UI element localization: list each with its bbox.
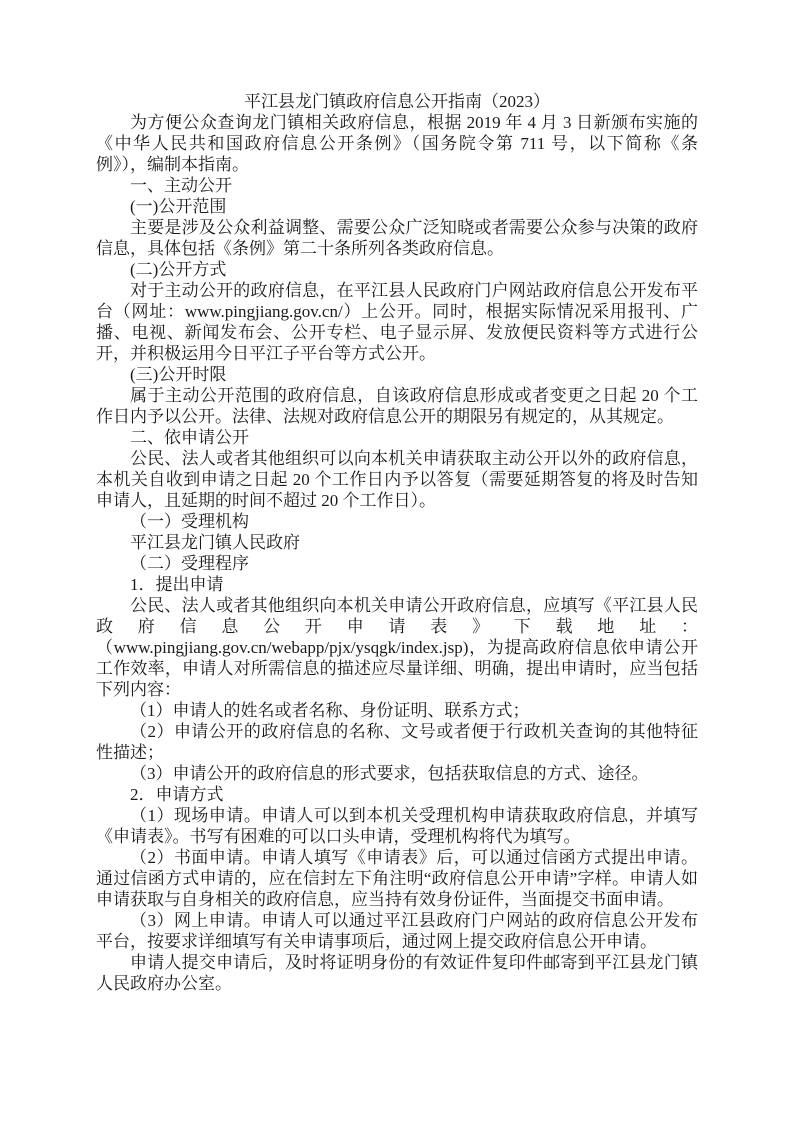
paragraph-submit-application-body: 公民、法人或者其他组织向本机关申请公开政府信息，应填写《平江县人民政府信息公开申… (96, 595, 698, 700)
paragraph-item-2: （2）申请公开的政府信息的名称、文号或者便于行政机关查询的其他特征性描述； (96, 721, 698, 763)
section-heading-on-request: 二、依申请公开 (96, 427, 698, 448)
document-title: 平江县龙门镇政府信息公开指南（2023） (96, 91, 698, 112)
section-heading-procedure: （二）受理程序 (96, 553, 698, 574)
paragraph-time-limit-body: 属于主动公开范围的政府信息，自该政府信息形成或者变更之日起 20 个工作日内予以… (96, 385, 698, 427)
paragraph-mail-id-copy: 申请人提交申请后，及时将证明身份的有效证件复印件邮寄到平江县龙门镇人民政府办公室… (96, 952, 698, 994)
paragraph-accepting-org-name: 平江县龙门镇人民政府 (96, 532, 698, 553)
section-heading-active-disclosure: 一、主动公开 (96, 175, 698, 196)
paragraph-item-1: （1）申请人的姓名或者名称、身份证明、联系方式； (96, 700, 698, 721)
paragraph-intro: 为方便公众查询龙门镇相关政府信息，根据 2019 年 4 月 3 日新颁布实施的… (96, 112, 698, 175)
paragraph-onsite-application: （1）现场申请。申请人可以到本机关受理机构申请获取政府信息，并填写《申请表》。书… (96, 805, 698, 847)
section-heading-accepting-org: （一）受理机构 (96, 511, 698, 532)
paragraph-online-application: （3）网上申请。申请人可以通过平江县政府门户网站的政府信息公开发布平台，按要求详… (96, 910, 698, 952)
section-heading-time-limit: (三)公开时限 (96, 364, 698, 385)
paragraph-item-3: （3）申请公开的政府信息的形式要求，包括获取信息的方式、途径。 (96, 763, 698, 784)
paragraph-method-body: 对于主动公开的政府信息，在平江县人民政府门户网站政府信息公开发布平台（网址：ww… (96, 280, 698, 364)
document-page: 平江县龙门镇政府信息公开指南（2023） 为方便公众查询龙门镇相关政府信息，根据… (0, 0, 793, 1122)
section-heading-application-methods: 2．申请方式 (96, 784, 698, 805)
paragraph-written-application: （2）书面申请。申请人填写《申请表》后，可以通过信函方式提出申请。通过信函方式申… (96, 847, 698, 910)
section-heading-scope: (一)公开范围 (96, 196, 698, 217)
paragraph-scope-body: 主要是涉及公众利益调整、需要公众广泛知晓或者需要公众参与决策的政府信息，具体包括… (96, 217, 698, 259)
paragraph-on-request-body: 公民、法人或者其他组织可以向本机关申请获取主动公开以外的政府信息，本机关自收到申… (96, 448, 698, 511)
section-heading-submit-application: 1．提出申请 (96, 574, 698, 595)
section-heading-method: (二)公开方式 (96, 259, 698, 280)
